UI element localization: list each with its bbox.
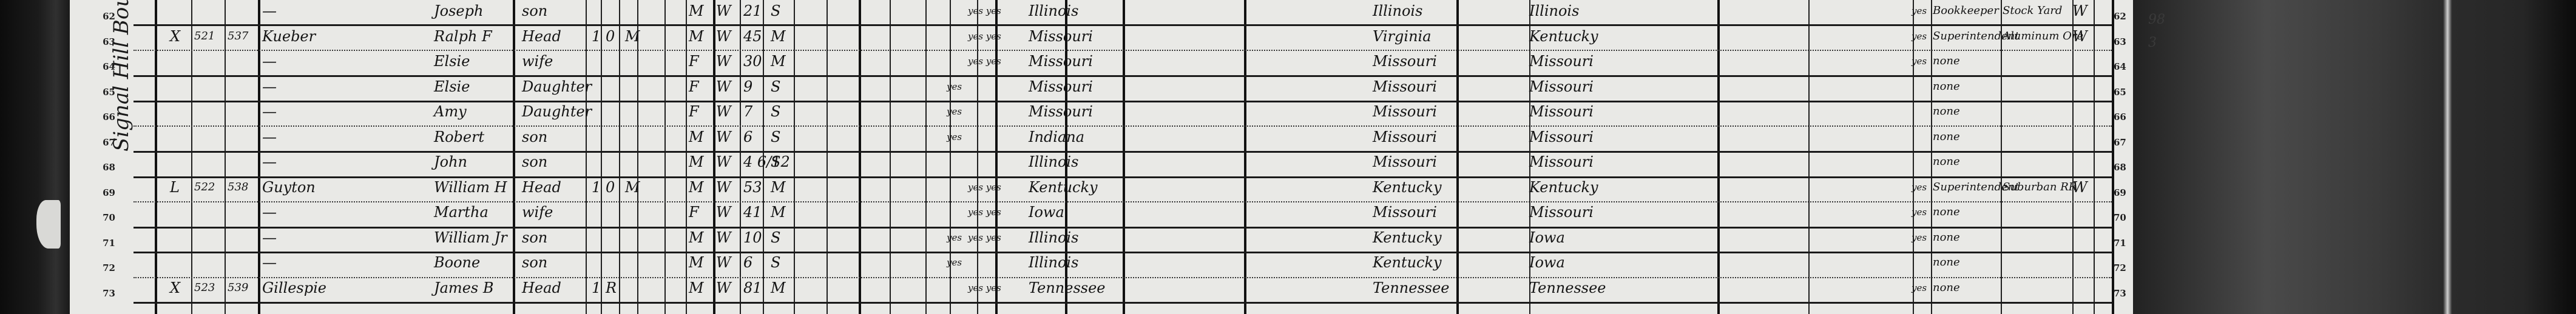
line-number: 71 bbox=[97, 238, 115, 249]
cell-surname: — bbox=[262, 205, 277, 219]
cell-age: 9 bbox=[743, 79, 752, 94]
row-rule bbox=[134, 277, 2112, 278]
cell-english: yes bbox=[1912, 230, 1927, 245]
column-rule bbox=[925, 0, 927, 314]
cell-given-name: Elsie bbox=[434, 54, 470, 68]
column-rule bbox=[827, 0, 828, 314]
cell-occupation: none bbox=[1933, 281, 1960, 295]
cell-race: W bbox=[716, 180, 731, 195]
cell-industry: Suburban RR bbox=[2003, 180, 2077, 195]
line-number: 68 bbox=[97, 162, 115, 173]
cell-mother-birth: Missouri bbox=[1529, 155, 1594, 169]
cell-home-owned: 1 bbox=[592, 281, 601, 295]
cell-school: yes bbox=[947, 79, 962, 94]
column-rule bbox=[2094, 0, 2095, 314]
cell-birth-state: Indiana bbox=[1029, 130, 1084, 144]
cell-given-name: Robert bbox=[434, 130, 484, 144]
cell-birth-state: Iowa bbox=[1029, 205, 1064, 219]
cell-family: 539 bbox=[228, 281, 248, 295]
row-rule bbox=[134, 176, 2112, 178]
column-rule bbox=[977, 0, 978, 314]
cell-english: yes bbox=[1912, 180, 1927, 195]
cell-relation: wife bbox=[522, 54, 553, 68]
cell-birth-state: Tennessee bbox=[1029, 281, 1106, 295]
cell-relation: son bbox=[522, 255, 547, 270]
cell-father-birth: Illinois bbox=[1373, 4, 1422, 18]
line-number: 62 bbox=[97, 11, 115, 22]
cell-english: yes bbox=[1912, 29, 1927, 44]
cell-class: W bbox=[2072, 4, 2088, 18]
cell-race: W bbox=[716, 104, 731, 119]
cell-birth-state: Missouri bbox=[1029, 54, 1093, 68]
cell-mother-birth: Iowa bbox=[1529, 230, 1565, 245]
row-rule bbox=[134, 75, 2112, 77]
cell-birth-state: Illinois bbox=[1029, 155, 1078, 169]
column-rule bbox=[619, 0, 620, 314]
cell-school: yes bbox=[947, 104, 962, 119]
cell-dwelling: 523 bbox=[194, 281, 215, 295]
row-rule bbox=[134, 50, 2112, 51]
cell-mother-birth: Kentucky bbox=[1529, 29, 1598, 44]
cell-home-owned: 1 bbox=[592, 29, 601, 44]
cell-surname: Guyton bbox=[262, 180, 316, 195]
row-rule bbox=[134, 227, 2112, 229]
cell-marital: S bbox=[771, 79, 780, 94]
cell-surname: — bbox=[262, 54, 277, 68]
paper-tear bbox=[36, 200, 61, 249]
cell-given-name: Boone bbox=[434, 255, 480, 270]
cell-mother-birth: Missouri bbox=[1529, 205, 1594, 219]
cell-english: yes bbox=[1912, 54, 1927, 68]
column-rule bbox=[1244, 0, 1246, 314]
cell-race: W bbox=[716, 255, 731, 270]
cell-relation: son bbox=[522, 230, 547, 245]
line-number: 67 bbox=[2114, 137, 2132, 148]
cell-relation: Head bbox=[522, 281, 561, 295]
cell-age: 21 bbox=[743, 4, 762, 18]
cell-occupation: none bbox=[1933, 54, 1960, 68]
line-number: 71 bbox=[2114, 238, 2132, 249]
cell-occupation: none bbox=[1933, 255, 1960, 270]
line-number: 72 bbox=[97, 262, 115, 273]
cell-read-write: yes yes bbox=[968, 29, 1001, 44]
cell-marital: S bbox=[771, 230, 780, 245]
cell-mother-birth: Missouri bbox=[1529, 79, 1594, 94]
cell-birth-state: Kentucky bbox=[1029, 180, 1098, 195]
column-rule bbox=[225, 0, 226, 314]
column-rule bbox=[191, 0, 192, 314]
line-number: 66 bbox=[97, 112, 115, 122]
row-rule bbox=[134, 101, 2112, 102]
cell-father-birth: Missouri bbox=[1373, 155, 1437, 169]
cell-race: W bbox=[716, 281, 731, 295]
column-rule bbox=[1456, 0, 1459, 314]
column-rule bbox=[258, 0, 260, 314]
scan-right-border bbox=[2133, 0, 2576, 314]
cell-father-birth: Virginia bbox=[1373, 29, 1432, 44]
cell-birth-state: Illinois bbox=[1029, 4, 1078, 18]
cell-given-name: John bbox=[434, 155, 467, 169]
cell-race: W bbox=[716, 155, 731, 169]
line-number: 66 bbox=[2114, 112, 2132, 122]
cell-mother-birth: Tennessee bbox=[1529, 281, 1606, 295]
cell-occupation: none bbox=[1933, 79, 1960, 94]
cell-birth-state: Illinois bbox=[1029, 255, 1078, 270]
cell-occupation: none bbox=[1933, 205, 1960, 219]
cell-given-name: Ralph F bbox=[434, 29, 492, 44]
column-rule bbox=[686, 0, 687, 314]
cell-sex: F bbox=[689, 79, 699, 94]
column-rule bbox=[890, 0, 891, 314]
cell-race: W bbox=[716, 29, 731, 44]
cell-read-write: yes yes bbox=[968, 281, 1001, 295]
cell-surname: — bbox=[262, 155, 277, 169]
column-rule bbox=[155, 0, 157, 314]
line-number: 67 bbox=[97, 137, 115, 148]
cell-sex: M bbox=[689, 130, 704, 144]
cell-school: yes bbox=[947, 255, 962, 270]
cell-surname: Kueber bbox=[262, 29, 316, 44]
line-number: 69 bbox=[97, 187, 115, 198]
cell-father-birth: Kentucky bbox=[1373, 230, 1442, 245]
cell-marital: S bbox=[771, 155, 780, 169]
cell-age: 45 bbox=[743, 29, 762, 44]
line-number: 64 bbox=[2114, 61, 2132, 72]
cell-race: W bbox=[716, 205, 731, 219]
cell-mother-birth: Kentucky bbox=[1529, 180, 1598, 195]
cell-father-birth: Missouri bbox=[1373, 79, 1437, 94]
cell-marital: S bbox=[771, 4, 780, 18]
cell-sex: M bbox=[689, 155, 704, 169]
row-rule bbox=[134, 201, 2112, 202]
cell-radio: M bbox=[625, 29, 640, 44]
cell-given-name: William Jr bbox=[434, 230, 507, 245]
cell-street-mark: X bbox=[170, 29, 180, 44]
cell-dwelling: 522 bbox=[194, 180, 215, 195]
cell-surname: — bbox=[262, 4, 277, 18]
cell-school: yes bbox=[947, 130, 962, 144]
column-rule bbox=[601, 0, 602, 314]
line-number: 62 bbox=[2114, 11, 2132, 22]
cell-sex: M bbox=[689, 180, 704, 195]
cell-home-value: 0 bbox=[606, 29, 615, 44]
column-rule bbox=[513, 0, 515, 314]
cell-class: W bbox=[2072, 29, 2088, 44]
cell-race: W bbox=[716, 54, 731, 68]
cell-marital: M bbox=[771, 54, 786, 68]
cell-sex: M bbox=[689, 4, 704, 18]
cell-age: 6 bbox=[743, 255, 752, 270]
cell-read-write: yes yes bbox=[968, 54, 1001, 68]
line-number: 63 bbox=[2114, 36, 2132, 47]
column-rule bbox=[1808, 0, 1810, 314]
cell-read-write: yes yes bbox=[968, 180, 1001, 195]
cell-mother-birth: Illinois bbox=[1529, 4, 1579, 18]
cell-radio: M bbox=[625, 180, 640, 195]
cell-sex: M bbox=[689, 281, 704, 295]
cell-age: 41 bbox=[743, 205, 762, 219]
cell-read-write: yes yes bbox=[968, 230, 1001, 245]
line-number: 72 bbox=[2114, 262, 2132, 273]
cell-given-name: James B bbox=[434, 281, 493, 295]
cell-age: 10 bbox=[743, 230, 762, 245]
cell-class: W bbox=[2072, 180, 2088, 195]
cell-father-birth: Kentucky bbox=[1373, 180, 1442, 195]
column-rule bbox=[859, 0, 861, 314]
line-number: 64 bbox=[97, 61, 115, 72]
cell-age: 81 bbox=[743, 281, 762, 295]
column-rule bbox=[995, 0, 998, 314]
cell-sex: F bbox=[689, 205, 699, 219]
column-rule bbox=[586, 0, 587, 314]
cell-relation: Head bbox=[522, 180, 561, 195]
cell-home-owned: 1 bbox=[592, 180, 601, 195]
cell-relation: son bbox=[522, 4, 547, 18]
row-rule bbox=[134, 302, 2112, 304]
cell-surname: Gillespie bbox=[262, 281, 326, 295]
cell-sex: M bbox=[689, 255, 704, 270]
street-name: Signal Hill Boulevard bbox=[109, 0, 134, 152]
cell-relation: Head bbox=[522, 29, 561, 44]
cell-mother-birth: Missouri bbox=[1529, 54, 1594, 68]
cell-birth-state: Missouri bbox=[1029, 104, 1093, 119]
column-rule bbox=[794, 0, 795, 314]
cell-mother-birth: Missouri bbox=[1529, 130, 1594, 144]
cell-marital: M bbox=[771, 205, 786, 219]
cell-race: W bbox=[716, 79, 731, 94]
cell-given-name: Martha bbox=[434, 205, 488, 219]
row-rule bbox=[134, 24, 2112, 26]
cell-english: yes bbox=[1912, 4, 1927, 18]
line-number: 73 bbox=[97, 288, 115, 299]
line-number: 70 bbox=[97, 212, 115, 223]
row-rule bbox=[134, 151, 2112, 153]
cell-father-birth: Missouri bbox=[1373, 130, 1437, 144]
line-number: 73 bbox=[2114, 288, 2132, 299]
line-number: 65 bbox=[97, 87, 115, 98]
line-number: 68 bbox=[2114, 162, 2132, 173]
cell-marital: M bbox=[771, 180, 786, 195]
cell-age: 4 6/12 bbox=[743, 155, 790, 169]
column-rule bbox=[637, 0, 638, 314]
cell-home-value: 0 bbox=[606, 180, 615, 195]
cell-industry: Aluminum Ore bbox=[2003, 29, 2083, 44]
cell-english: yes bbox=[1912, 281, 1927, 295]
cell-occupation: none bbox=[1933, 155, 1960, 169]
cell-sex: M bbox=[689, 29, 704, 44]
cell-given-name: Amy bbox=[434, 104, 467, 119]
cell-given-name: Elsie bbox=[434, 79, 470, 94]
cell-relation: wife bbox=[522, 205, 553, 219]
cell-given-name: William H bbox=[434, 180, 507, 195]
cell-industry: Stock Yard bbox=[2003, 4, 2062, 18]
cell-mother-birth: Missouri bbox=[1529, 104, 1594, 119]
column-rule bbox=[1913, 0, 1914, 314]
cell-occupation: none bbox=[1933, 104, 1960, 119]
row-rule bbox=[134, 125, 2112, 127]
cell-age: 7 bbox=[743, 104, 752, 119]
cell-age: 30 bbox=[743, 54, 762, 68]
column-rule bbox=[1931, 0, 1932, 314]
cell-father-birth: Kentucky bbox=[1373, 255, 1442, 270]
line-number: 69 bbox=[2114, 187, 2132, 198]
cell-father-birth: Missouri bbox=[1373, 205, 1437, 219]
cell-relation: Daughter bbox=[522, 79, 592, 94]
cell-race: W bbox=[716, 130, 731, 144]
cell-relation: Daughter bbox=[522, 104, 592, 119]
column-rule bbox=[664, 0, 666, 314]
cell-race: W bbox=[716, 4, 731, 18]
cell-surname: — bbox=[262, 104, 277, 119]
cell-family: 537 bbox=[228, 29, 248, 44]
column-rule bbox=[1717, 0, 1720, 314]
cell-dwelling: 521 bbox=[194, 29, 215, 44]
row-rule bbox=[134, 252, 2112, 253]
cell-father-birth: Missouri bbox=[1373, 104, 1437, 119]
cell-occupation: none bbox=[1933, 230, 1960, 245]
cell-marital: M bbox=[771, 29, 786, 44]
cell-marital: S bbox=[771, 104, 780, 119]
cell-read-write: yes yes bbox=[968, 205, 1001, 219]
cell-marital: S bbox=[771, 255, 780, 270]
cell-street-mark: L bbox=[170, 180, 180, 195]
column-rule bbox=[1123, 0, 1125, 314]
cell-marital: M bbox=[771, 281, 786, 295]
margin-note: 3 bbox=[2148, 35, 2157, 50]
cell-sex: F bbox=[689, 54, 699, 68]
cell-marital: S bbox=[771, 130, 780, 144]
cell-occupation: Bookkeeper bbox=[1933, 4, 1999, 18]
line-number: 70 bbox=[2114, 212, 2132, 223]
cell-surname: — bbox=[262, 255, 277, 270]
cell-sex: F bbox=[689, 104, 699, 119]
cell-age: 6 bbox=[743, 130, 752, 144]
cell-birth-state: Missouri bbox=[1029, 79, 1093, 94]
cell-birth-state: Missouri bbox=[1029, 29, 1093, 44]
column-rule bbox=[713, 0, 715, 314]
cell-surname: — bbox=[262, 130, 277, 144]
cell-street-mark: X bbox=[170, 281, 180, 295]
column-rule bbox=[2072, 0, 2074, 314]
line-number: 65 bbox=[2114, 87, 2132, 98]
cell-father-birth: Tennessee bbox=[1373, 281, 1450, 295]
cell-english: yes bbox=[1912, 205, 1927, 219]
column-rule bbox=[2001, 0, 2002, 314]
cell-given-name: Joseph bbox=[434, 4, 483, 18]
cell-occupation: none bbox=[1933, 130, 1960, 144]
cell-home-value: R bbox=[606, 281, 617, 295]
cell-age: 53 bbox=[743, 180, 762, 195]
line-number: 63 bbox=[97, 36, 115, 47]
cell-birth-state: Illinois bbox=[1029, 230, 1078, 245]
cell-race: W bbox=[716, 230, 731, 245]
cell-sex: M bbox=[689, 230, 704, 245]
margin-note: 98 bbox=[2148, 12, 2165, 27]
cell-father-birth: Missouri bbox=[1373, 54, 1437, 68]
scan-left-border bbox=[0, 0, 70, 314]
cell-relation: son bbox=[522, 130, 547, 144]
cell-surname: — bbox=[262, 79, 277, 94]
cell-mother-birth: Iowa bbox=[1529, 255, 1565, 270]
cell-read-write: yes yes bbox=[968, 4, 1001, 18]
cell-family: 538 bbox=[228, 180, 248, 195]
cell-relation: son bbox=[522, 155, 547, 169]
census-page: Signal Hill Boulevard 626263636464656566… bbox=[0, 0, 2576, 314]
cell-school: yes bbox=[947, 230, 962, 245]
cell-surname: — bbox=[262, 230, 277, 245]
column-rule bbox=[740, 0, 741, 314]
